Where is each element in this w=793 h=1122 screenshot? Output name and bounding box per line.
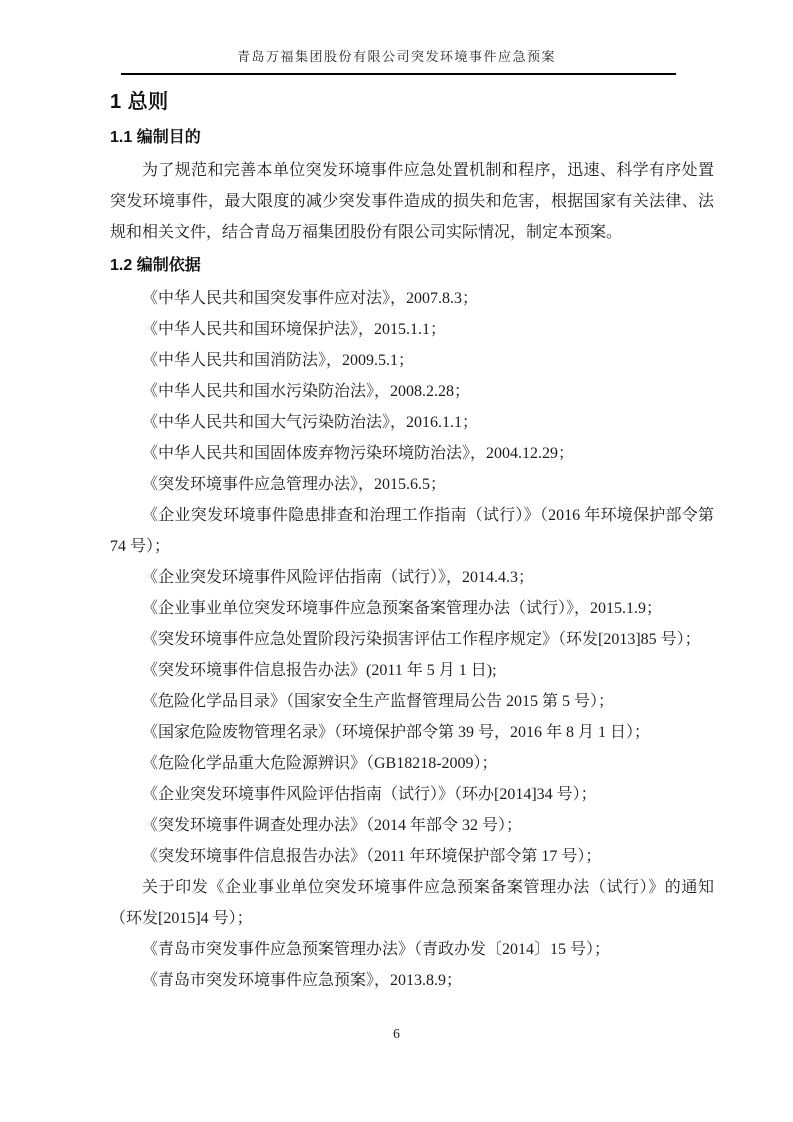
purpose-paragraph: 为了规范和完善本单位突发环境事件应急处置机制和程序，迅速、科学有序处置突发环境事… <box>110 155 714 248</box>
document-content: 1 总则 1.1 编制目的 为了规范和完善本单位突发环境事件应急处置机制和程序，… <box>110 90 714 996</box>
header-rule <box>121 73 676 75</box>
reference-item: 《中华人民共和国大气污染防治法》，2016.1.1； <box>110 407 714 438</box>
reference-item: 《企业突发环境事件风险评估指南（试行）》（环办[2014]34 号）； <box>110 779 714 810</box>
reference-item: 《企业突发环境事件风险评估指南（试行）》，2014.4.3； <box>110 562 714 593</box>
reference-item: 《企业突发环境事件隐患排查和治理工作指南（试行）》（2016 年环境保护部令第 … <box>110 500 714 562</box>
reference-item: 《中华人民共和国消防法》，2009.5.1； <box>110 345 714 376</box>
reference-item: 《危险化学品目录》（国家安全生产监督管理局公告 2015 第 5 号）； <box>110 686 714 717</box>
references-list: 《中华人民共和国突发事件应对法》，2007.8.3；《中华人民共和国环境保护法》… <box>110 283 714 996</box>
section-1-1-heading: 1.1 编制目的 <box>110 127 714 149</box>
reference-item: 《危险化学品重大危险源辨识》（GB18218-2009）； <box>110 748 714 779</box>
reference-item: 关于印发《企业事业单位突发环境事件应急预案备案管理办法（试行）》的通知（环发[2… <box>110 872 714 934</box>
reference-item: 《中华人民共和国环境保护法》，2015.1.1； <box>110 314 714 345</box>
reference-item: 《中华人民共和国突发事件应对法》，2007.8.3； <box>110 283 714 314</box>
section-1-2-heading: 1.2 编制依据 <box>110 255 714 277</box>
reference-item: 《突发环境事件调查处理办法》（2014 年部令 32 号）； <box>110 810 714 841</box>
reference-item: 《突发环境事件应急管理办法》，2015.6.5； <box>110 469 714 500</box>
reference-item: 《中华人民共和国固体废弃物污染环境防治法》，2004.12.29； <box>110 438 714 469</box>
reference-item: 《国家危险废物管理名录》（环境保护部令第 39 号，2016 年 8 月 1 日… <box>110 717 714 748</box>
page-number: 6 <box>393 1026 400 1041</box>
reference-item: 《突发环境事件应急处置阶段污染损害评估工作程序规定》（环发[2013]85 号）… <box>110 624 714 655</box>
page-footer: 6 <box>0 1026 793 1042</box>
reference-item: 《企业事业单位突发环境事件应急预案备案管理办法（试行）》，2015.1.9； <box>110 593 714 624</box>
reference-item: 《中华人民共和国水污染防治法》，2008.2.28； <box>110 376 714 407</box>
page-header-title: 青岛万福集团股份有限公司突发环境事件应急预案 <box>0 46 793 65</box>
reference-item: 《突发环境事件信息报告办法》(2011 年 5 月 1 日); <box>110 655 714 686</box>
document-page: 青岛万福集团股份有限公司突发环境事件应急预案 1 总则 1.1 编制目的 为了规… <box>0 0 793 1122</box>
reference-item: 《青岛市突发环境事件应急预案》，2013.8.9； <box>110 965 714 996</box>
reference-item: 《突发环境事件信息报告办法》（2011 年环境保护部令第 17 号）； <box>110 841 714 872</box>
chapter-1-heading: 1 总则 <box>110 90 714 114</box>
reference-item: 《青岛市突发事件应急预案管理办法》（青政办发〔2014〕15 号）； <box>110 934 714 965</box>
